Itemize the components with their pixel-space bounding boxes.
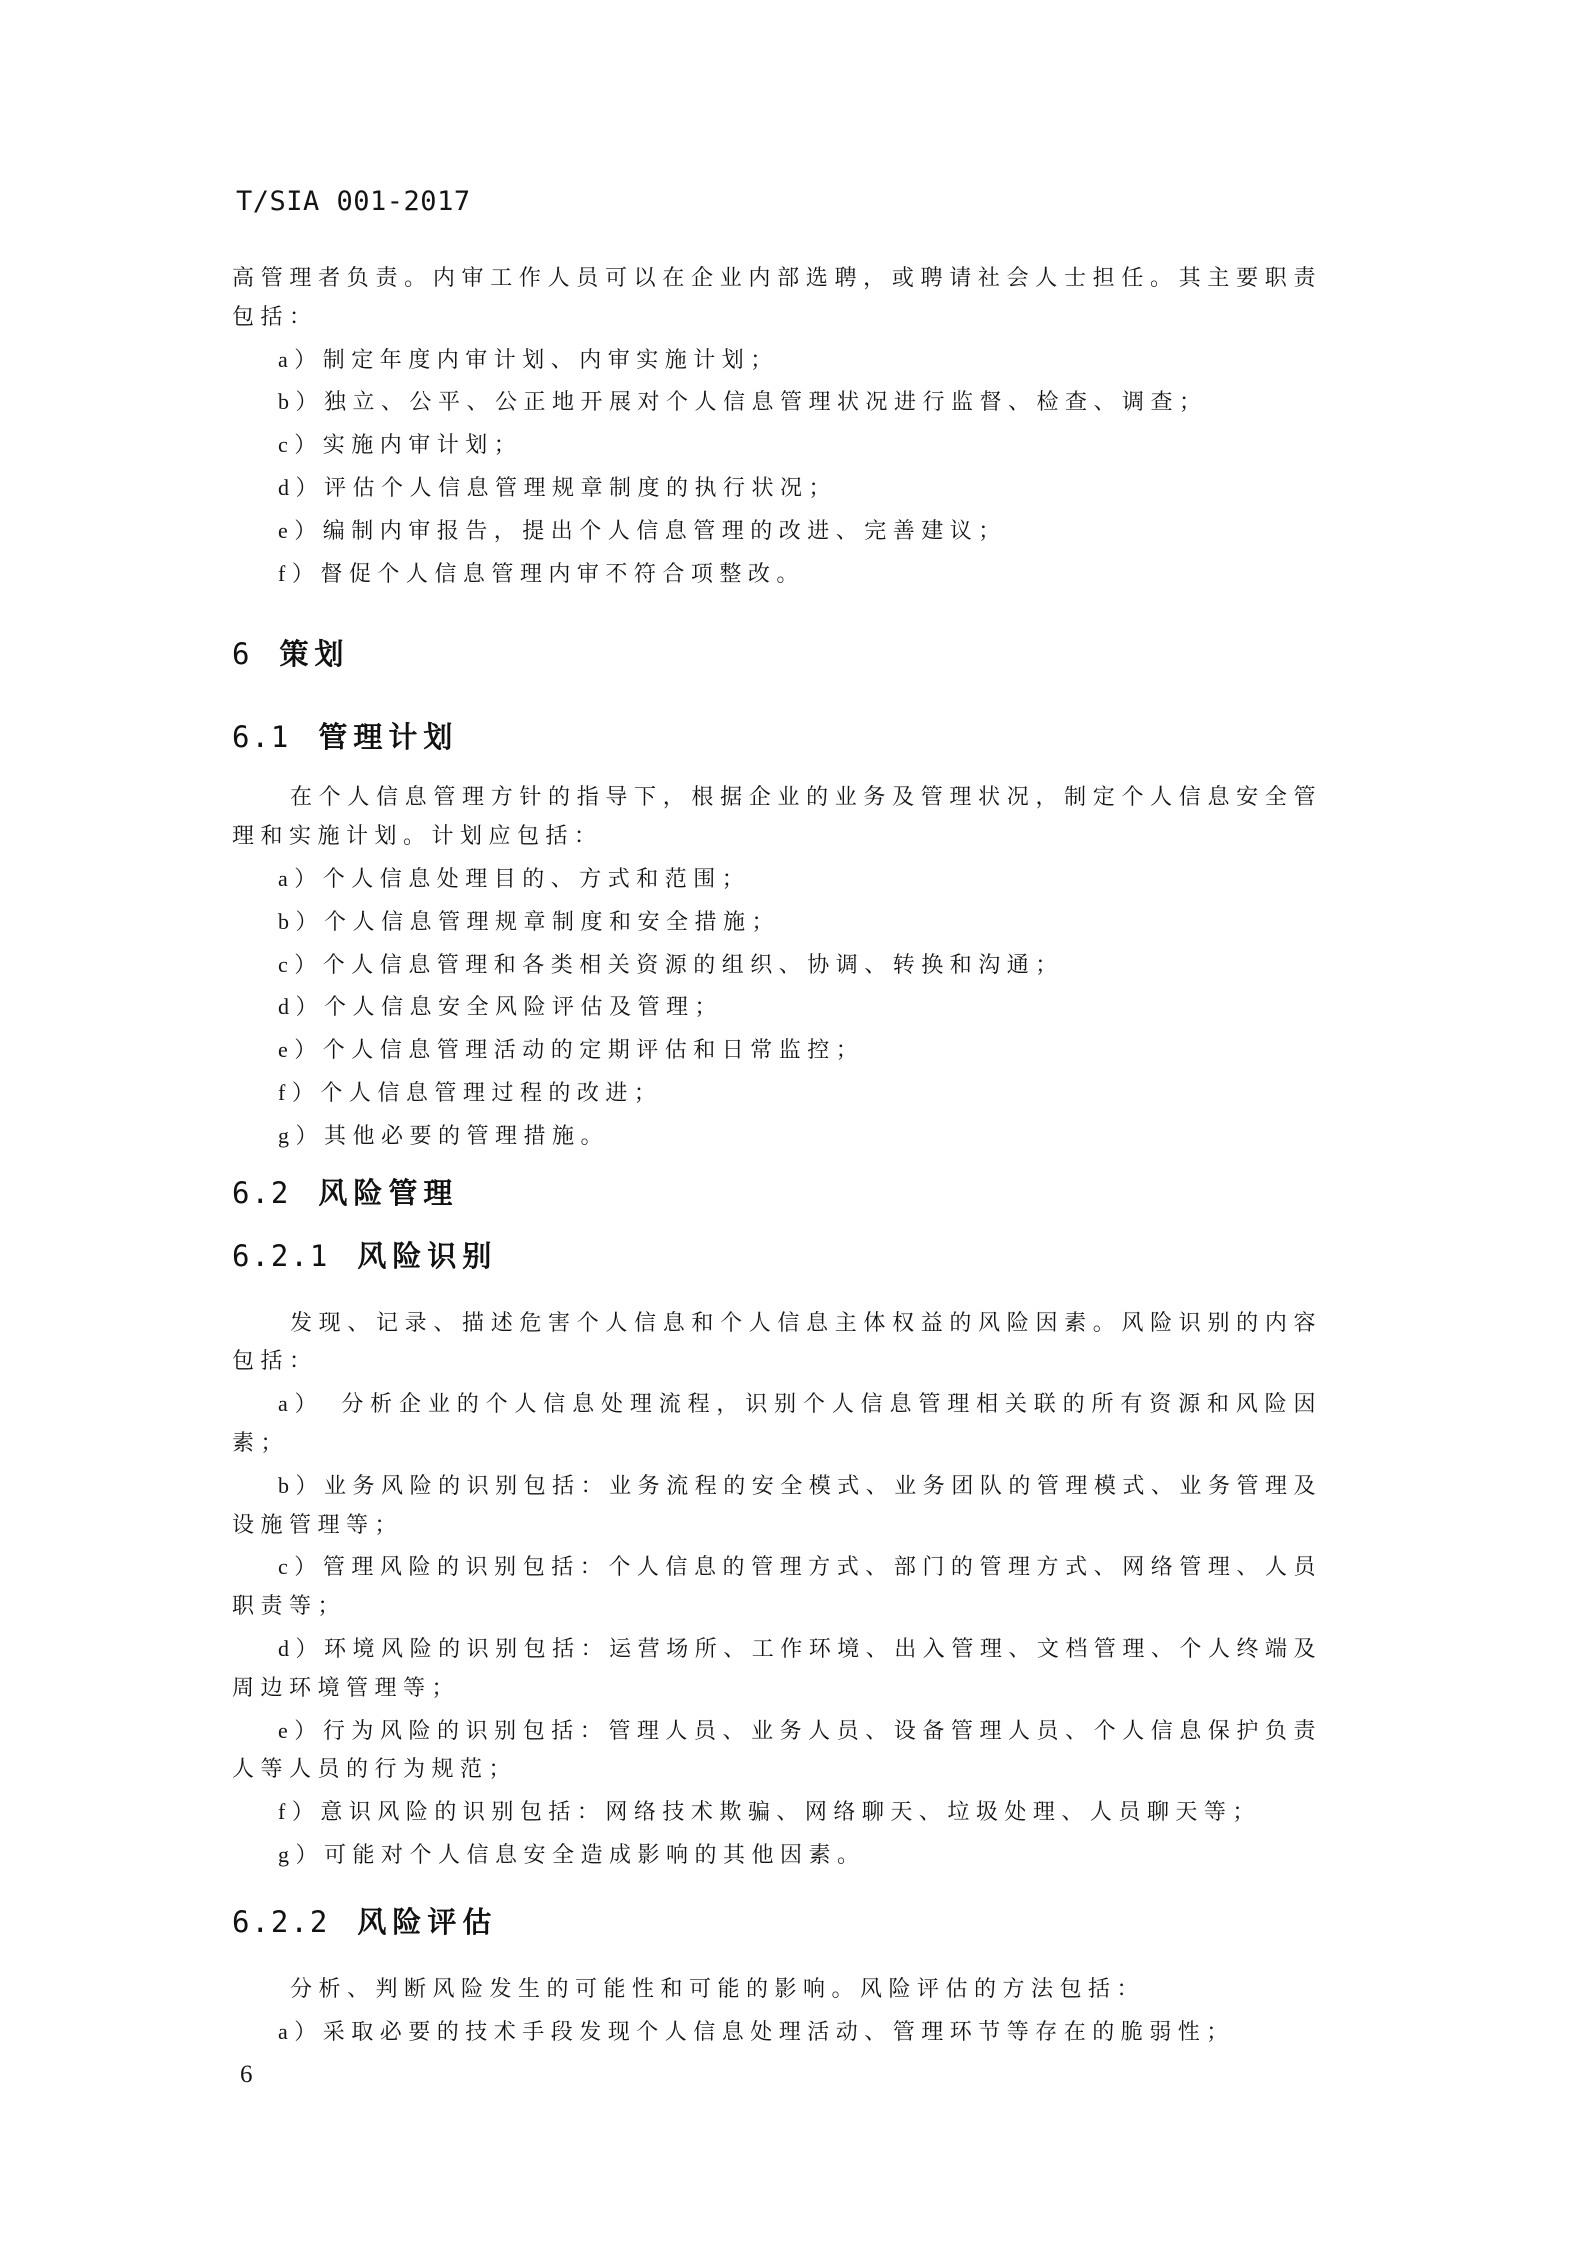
- list-item: f）督促个人信息管理内审不符合项整改。: [232, 555, 1322, 594]
- list-item: f）意识风险的识别包括：网络技术欺骗、网络聊天、垃圾处理、人员聊天等；: [232, 1793, 1322, 1832]
- heading-number: 6.2.2: [232, 1905, 329, 1939]
- paragraph-management-plan: 在个人信息管理方针的指导下，根据企业的业务及管理状况，制定个人信息安全管理和实施…: [232, 778, 1322, 856]
- list-management-plan-items: a）个人信息处理目的、方式和范围； b）个人信息管理规章制度和安全措施； c）个…: [232, 860, 1322, 1156]
- heading-title: 风险管理: [318, 1178, 458, 1210]
- heading-section-6-2: 6.2风险管理: [232, 1172, 1322, 1215]
- list-item: f）个人信息管理过程的改进；: [232, 1074, 1322, 1113]
- list-item: e）编制内审报告，提出个人信息管理的改进、完善建议；: [232, 512, 1322, 551]
- standard-number-header: T/SIA 001-2017: [236, 186, 471, 217]
- list-item: a）个人信息处理目的、方式和范围；: [232, 860, 1322, 899]
- list-item: b）业务风险的识别包括：业务流程的安全模式、业务团队的管理模式、业务管理及设施管…: [232, 1467, 1322, 1545]
- page-number: 6: [240, 2061, 253, 2089]
- list-item: a）制定年度内审计划、内审实施计划；: [232, 341, 1322, 380]
- heading-section-6-2-2: 6.2.2风险评估: [232, 1901, 1322, 1944]
- list-item: b）个人信息管理规章制度和安全措施；: [232, 903, 1322, 942]
- list-item: a） 分析企业的个人信息处理流程，识别个人信息管理相关联的所有资源和风险因素；: [232, 1385, 1322, 1463]
- list-item: b）独立、公平、公正地开展对个人信息管理状况进行监督、检查、调查；: [232, 383, 1322, 422]
- paragraph-risk-identification: 发现、记录、描述危害个人信息和个人信息主体权益的风险因素。风险识别的内容包括：: [232, 1304, 1322, 1382]
- heading-title: 风险评估: [357, 1907, 497, 1939]
- heading-section-6-1: 6.1管理计划: [232, 716, 1322, 759]
- list-internal-audit-duties: a）制定年度内审计划、内审实施计划； b）独立、公平、公正地开展对个人信息管理状…: [232, 341, 1322, 594]
- heading-section-6: 6策划: [232, 633, 1322, 676]
- list-item: d）环境风险的识别包括：运营场所、工作环境、出入管理、文档管理、个人终端及周边环…: [232, 1630, 1322, 1708]
- document-page: T/SIA 001-2017 高管理者负责。内审工作人员可以在企业内部选聘，或聘…: [0, 0, 1587, 2245]
- list-item: e）个人信息管理活动的定期评估和日常监控；: [232, 1031, 1322, 1070]
- heading-number: 6.2: [232, 1176, 290, 1210]
- list-risk-identification-items: a） 分析企业的个人信息处理流程，识别个人信息管理相关联的所有资源和风险因素； …: [232, 1385, 1322, 1875]
- list-item: g）其他必要的管理措施。: [232, 1117, 1322, 1156]
- heading-title: 风险识别: [357, 1241, 497, 1273]
- heading-number: 6: [232, 637, 251, 671]
- list-item: d）个人信息安全风险评估及管理；: [232, 988, 1322, 1027]
- list-item: c）实施内审计划；: [232, 426, 1322, 465]
- heading-section-6-2-1: 6.2.1风险识别: [232, 1235, 1322, 1278]
- list-risk-assessment-items: a）采取必要的技术手段发现个人信息处理活动、管理环节等存在的脆弱性；: [232, 2013, 1322, 2052]
- page-content: 高管理者负责。内审工作人员可以在企业内部选聘，或聘请社会人士担任。其主要职责包括…: [232, 259, 1322, 2051]
- list-item: d）评估个人信息管理规章制度的执行状况；: [232, 469, 1322, 508]
- heading-number: 6.1: [232, 720, 290, 754]
- heading-title: 管理计划: [318, 722, 458, 754]
- list-item: g）可能对个人信息安全造成影响的其他因素。: [232, 1836, 1322, 1875]
- list-item: c）管理风险的识别包括：个人信息的管理方式、部门的管理方式、网络管理、人员职责等…: [232, 1548, 1322, 1626]
- heading-number: 6.2.1: [232, 1239, 329, 1273]
- list-item: e）行为风险的识别包括：管理人员、业务人员、设备管理人员、个人信息保护负责人等人…: [232, 1712, 1322, 1790]
- list-item: a）采取必要的技术手段发现个人信息处理活动、管理环节等存在的脆弱性；: [232, 2013, 1322, 2052]
- heading-title: 策划: [279, 639, 349, 671]
- list-item: c）个人信息管理和各类相关资源的组织、协调、转换和沟通；: [232, 946, 1322, 985]
- paragraph-internal-audit: 高管理者负责。内审工作人员可以在企业内部选聘，或聘请社会人士担任。其主要职责包括…: [232, 259, 1322, 337]
- paragraph-risk-assessment: 分析、判断风险发生的可能性和可能的影响。风险评估的方法包括：: [232, 1970, 1322, 2009]
